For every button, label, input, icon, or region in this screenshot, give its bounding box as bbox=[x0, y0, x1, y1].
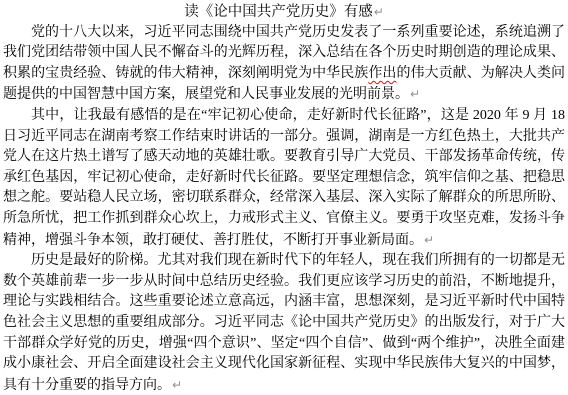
document-page[interactable]: 读《论中国共产党历史》有感↵ 党的十八大以来，习近平同志围绕中国共产党历史发表了… bbox=[0, 0, 568, 395]
paragraph-mark-icon: ↵ bbox=[409, 87, 420, 101]
paragraph-mark-icon: ↵ bbox=[373, 5, 384, 19]
misspelled-text: 作出 bbox=[368, 66, 396, 81]
paragraph-mark-icon: ↵ bbox=[423, 233, 434, 247]
paragraph[interactable]: 历史是最好的阶梯。尤其对我们现在新时代下的年轻人，现在我们所拥有的一切都是无数个… bbox=[3, 251, 565, 395]
document-title[interactable]: 读《论中国共产党历史》有感↵ bbox=[3, 2, 565, 23]
text-run: 其中，让我最有感悟的是在“牢记初心使命，走好新时代长征路”，这是 2020 年 … bbox=[3, 108, 565, 248]
paragraph[interactable]: 党的十八大以来，习近平同志围绕中国共产党历史发表了一系列重要论述，系统追溯了我们… bbox=[3, 23, 565, 106]
paragraph-mark-icon: ↵ bbox=[171, 378, 182, 392]
document-title-text: 读《论中国共产党历史》有感 bbox=[184, 4, 373, 20]
paragraph[interactable]: 其中，让我最有感悟的是在“牢记初心使命，走好新时代长征路”，这是 2020 年 … bbox=[3, 106, 565, 251]
document-body[interactable]: 党的十八大以来，习近平同志围绕中国共产党历史发表了一系列重要论述，系统追溯了我们… bbox=[3, 23, 565, 395]
text-run: 历史是最好的阶梯。尤其对我们现在新时代下的年轻人，现在我们所拥有的一切都是无数个… bbox=[3, 253, 565, 393]
